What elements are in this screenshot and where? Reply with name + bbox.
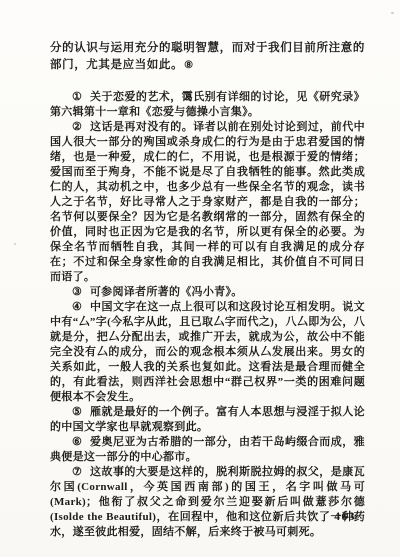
page-number: 463	[334, 511, 356, 523]
footnote-2-text: 这话是再对没有的。译者以前在别处讨论到过，前代中国人很大一部分的殉国或杀身成仁的…	[50, 121, 365, 283]
footnote-7-marker: ⑦	[72, 466, 82, 478]
footnote-3-marker: ③	[72, 286, 82, 298]
footnote-1-marker: ①	[72, 91, 82, 103]
footnote-4: ④中国文字在这一点上很可以和这段讨论互相发明。说文中有“厶”字(今私字从此，且已…	[50, 300, 365, 405]
footnote-1: ①关于恋爱的艺术，霭氏别有详细的讨论，见《研究录》第六辑第十一章和《恋爱与德操小…	[50, 90, 365, 120]
footnote-reference-mark: ⑧	[184, 60, 194, 71]
footnote-1-text: 关于恋爱的艺术，霭氏别有详细的讨论，见《研究录》第六辑第十一章和《恋爱与德操小言…	[50, 91, 365, 118]
footnote-2-marker: ②	[72, 121, 82, 133]
main-text-paragraph: 分的认识与运用充分的聪明智慧，而对于我们目前所注意的部门，尤其是应当如此。⑧	[50, 40, 365, 74]
footnote-5-text: 雁就是最好的一个例子。富有人本思想与浸淫于拟人论的中国文学家也早就观察到此。	[50, 406, 365, 433]
footnote-4-marker: ④	[72, 301, 82, 313]
footnote-5: ⑤雁就是最好的一个例子。富有人本思想与浸淫于拟人论的中国文学家也早就观察到此。	[50, 405, 365, 435]
footnote-5-marker: ⑤	[72, 406, 82, 418]
footnote-7-text: 这故事的大要是这样的，脱利斯脱拉姆的叔父，是康瓦尔国(Cornwall，今英国西…	[50, 466, 365, 538]
footnote-6-text: 爱奥尼亚为古希腊的一部分，由若干岛屿缀合而成，雅典便是这一部分的中心都市。	[50, 436, 365, 463]
footnote-3-text: 可参阅译者所著的《冯小青》。	[90, 286, 243, 298]
footnote-4-text: 中国文字在这一点上很可以和这段讨论互相发明。说文中有“厶”字(今私字从此，且已取…	[50, 301, 365, 403]
footnotes-section: ①关于恋爱的艺术，霭氏别有详细的讨论，见《研究录》第六辑第十一章和《恋爱与德操小…	[50, 90, 365, 540]
scan-speck	[391, 12, 394, 14]
footnote-6: ⑥爱奥尼亚为古希腊的一部分，由若干岛屿缀合而成，雅典便是这一部分的中心都市。	[50, 435, 365, 465]
book-page: 分的认识与运用充分的聪明智慧，而对于我们目前所注意的部门，尤其是应当如此。⑧ ①…	[0, 0, 400, 557]
scan-speck	[120, 530, 122, 532]
footnote-2: ②这话是再对没有的。译者以前在别处讨论到过，前代中国人很大一部分的殉国或杀身成仁…	[50, 120, 365, 285]
footnote-6-marker: ⑥	[72, 436, 82, 448]
footnote-3: ③可参阅译者所著的《冯小青》。	[50, 285, 365, 300]
main-text-continuation: 分的认识与运用充分的聪明智慧，而对于我们目前所注意的部门，尤其是应当如此。	[50, 42, 365, 71]
scan-speck	[14, 243, 16, 245]
footnote-7: ⑦这故事的大要是这样的，脱利斯脱拉姆的叔父，是康瓦尔国(Cornwall，今英国…	[50, 465, 365, 540]
